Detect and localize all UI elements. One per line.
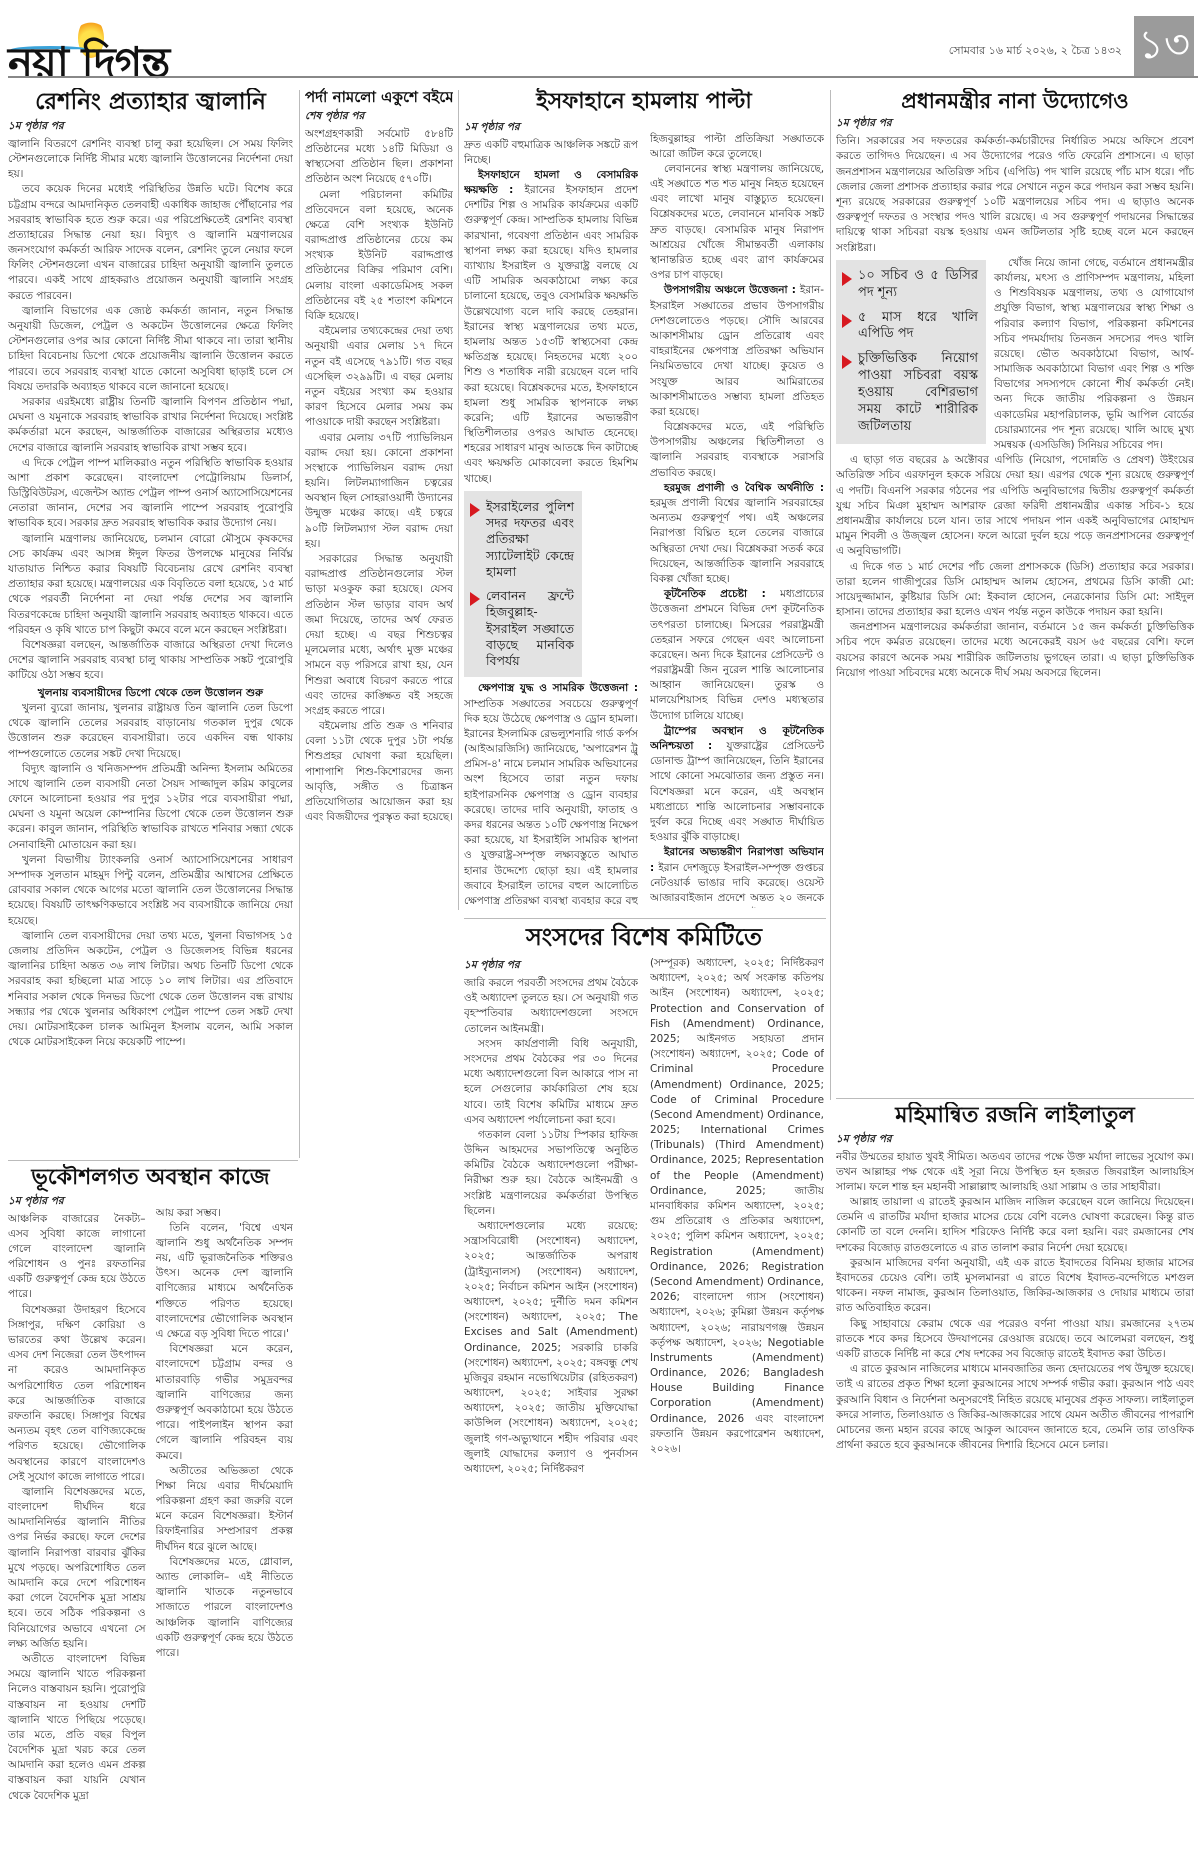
article-body: তিনি। সরকারের সব দফতরের কর্মকর্তা-কর্মচা… <box>836 134 1194 681</box>
page-number: ১৩ <box>1134 16 1194 76</box>
masthead-divider <box>8 76 1198 78</box>
headline[interactable]: সংসদের বিশেষ কমিটিতে <box>464 922 824 952</box>
paragraph: খুলনা ব্যুরো জানায়, খুলনার রাষ্ট্রায়ত্… <box>8 701 293 762</box>
paragraph: জ্বালানি বিভাগের এক জ্যেষ্ঠ কর্মকর্তা জা… <box>8 304 293 395</box>
paragraph: ইরানের অভ্যন্তরীণ নিরাপত্তা অভিযান : ইরা… <box>650 845 824 907</box>
story-lailatul: মহিমান্বিত রজনি লাইলাতুল ১ম পৃষ্ঠার পর ন… <box>836 1102 1194 1862</box>
paragraph: কুরআন মাজিদের বর্ণনা অনুযায়ী, এই এক রাত… <box>836 1256 1194 1317</box>
paragraph: লেবাননের স্বাস্থ্য মন্ত্রণালয় জানিয়েছে… <box>650 162 824 284</box>
headline[interactable]: মহিমান্বিত রজনি লাইলাতুল <box>836 1102 1194 1130</box>
paragraph: কিছু সাহাবায়ে কেরাম থেকে এর পরেরও বর্ণন… <box>836 1317 1194 1363</box>
paragraph: বইমেলায় প্রতি শুক্র ও শনিবার বেলা ১১টা … <box>305 719 453 825</box>
article-body: নবীর উম্মতের হায়াত খুবই সীমিত। অতএব তাদ… <box>836 1150 1194 1454</box>
paragraph: খুলনা বিভাগীয় ট্যাংকলরি ওনার্স অ্যাসোসি… <box>8 853 293 929</box>
story-geostrategic: ভূকৌশলগত অবস্থান কাজে ১ম পৃষ্ঠার পর আঞ্চ… <box>8 1164 293 1864</box>
newspaper-logo[interactable]: নয়া দিগন্ত <box>8 16 208 76</box>
story-parliament: সংসদের বিশেষ কমিটিতে ১ম পৃষ্ঠার পর জারি … <box>464 922 824 1862</box>
article-body: জারি করলে পরবর্তী সংসদের প্রথম বৈঠকে ওই … <box>464 976 638 1477</box>
paragraph: বইমেলার তথ্যকেন্দ্রের দেয়া তথ্য অনুযায়… <box>305 324 453 430</box>
kicker: ১ম পৃষ্ঠার পর <box>8 1194 146 1211</box>
pull-quote-box: ১০ সচিব ও ৫ ডিসির পদ শূন্য ৫ মাস ধরে খাল… <box>836 260 986 444</box>
article-body: হিজবুল্লাহর পাল্টা প্রতিক্রিয়া সঙ্ঘাতকে… <box>650 132 824 908</box>
paragraph: দ্রুত একটি বহুমাত্রিক আঞ্চলিক সঙ্কটে রূপ… <box>464 138 638 168</box>
paragraph: জ্বালানি বিশেষজ্ঞদের মতে, বাংলাদেশ দীর্ঘ… <box>8 1485 146 1652</box>
paragraph: অংশগ্রহণকারী সর্বমোট ৫৮৪টি প্রতিষ্ঠানের … <box>305 127 453 188</box>
pull-quote-item: ৫ মাস ধরে খালি এপিডি পদ <box>842 310 978 344</box>
pull-quote-box: ইসরাইলের পুলিশ সদর দফতর এবং প্রতিরক্ষা স… <box>464 491 582 678</box>
article-body: আয় করা সম্ভব। তিনি বলেন, 'বিশ্বে এখন জ্… <box>156 1206 294 1662</box>
article-body: দ্রুত একটি বহুমাত্রিক আঞ্চলিক সঙ্কটে রূপ… <box>464 138 638 908</box>
headline[interactable]: রেশনিং প্রত্যাহার জ্বালানি <box>8 88 293 117</box>
paragraph: জনপ্রশাসন মন্ত্রণালয়ের কর্মকর্তারা জানা… <box>836 620 1194 681</box>
paragraph: বিশেষজ্ঞরা মনে করেন, বাংলাদেশে চট্টগ্রাম… <box>156 1342 294 1464</box>
article-body: (সম্পূরক) অধ্যাদেশ, ২০২৫; নির্দিষ্টকরণ অ… <box>650 956 824 1457</box>
headline[interactable]: ভূকৌশলগত অবস্থান কাজে <box>8 1164 293 1192</box>
kicker: ১ম পৃষ্ঠার পর <box>836 116 1194 133</box>
column-divider <box>458 90 459 910</box>
kicker: শেষ পৃষ্ঠার পর <box>305 109 453 126</box>
article-body: আঞ্চলিক বাজারের নৈকট্য– এসব সুবিধা কাজে … <box>8 1212 146 1804</box>
paragraph: (সম্পূরক) অধ্যাদেশ, ২০২৫; নির্দিষ্টকরণ অ… <box>650 956 824 1457</box>
section-divider <box>464 918 826 919</box>
paragraph: জ্বালানি তেল ব্যবসায়ীদের দেয়া তথ্য মতে… <box>8 929 293 1051</box>
paragraph: ইসফাহানে হামলা ও বেসামরিক ক্ষয়ক্ষতি : ই… <box>464 168 638 487</box>
paragraph: তিনি বলেন, 'বিশ্বে এখন জ্বালানি শুধু অর্… <box>156 1221 294 1343</box>
paragraph: সরকার এরইমধ্যে রাষ্ট্রীয় তিনটি জ্বালানি… <box>8 395 293 456</box>
story-bookfair: পর্দা নামলো একুশে বইমেলার শেষ পৃষ্ঠার পর… <box>305 88 453 1858</box>
pull-quote-item: ১০ সচিব ও ৫ ডিসির পদ শূন্য <box>842 268 978 302</box>
section-divider <box>8 1160 298 1161</box>
dateline: সোমবার ১৬ মার্চ ২০২৬, ২ চৈত্র ১৪৩২ <box>949 42 1122 61</box>
story-pm-initiatives: প্রধানমন্ত্রীর নানা উদ্যোগেও ১ম পৃষ্ঠার … <box>836 88 1194 1093</box>
paragraph: বিশেষজ্ঞরা উদাহরণ হিসেবে সিঙ্গাপুর, দক্ষ… <box>8 1303 146 1485</box>
column-divider <box>830 90 831 1100</box>
paragraph: অতীতে বাংলাদেশ বিভিন্ন সময়ে জ্বালানি খা… <box>8 1652 146 1804</box>
paragraph: তবে কয়েক দিনের মধ্যেই পরিস্থিতির উন্নতি… <box>8 182 293 304</box>
red-triangle-bullet-icon <box>842 272 852 286</box>
red-triangle-bullet-icon <box>470 592 480 606</box>
paragraph: অধ্যাদেশগুলোর মধ্যে রয়েছে: সন্ত্রাসবিরো… <box>464 1219 638 1477</box>
paragraph: আল্লাহ তায়ালা এ রাতেই কুরআন মাজিদ নাজিল… <box>836 1195 1194 1256</box>
paragraph: এ দিকে পেট্রল পাম্প মালিকরাও নতুন পরিস্থ… <box>8 456 293 532</box>
article-body: জ্বালানি বিতরণে রেশনিং ব্যবস্থা চালু করা… <box>8 137 293 1051</box>
paragraph: মেলা পরিচালনা কমিটির প্রতিবেদনে বলা হয়ে… <box>305 188 453 325</box>
paragraph: বিশেষজ্ঞরা বলছেন, আন্তর্জাতিক বাজারে অস্… <box>8 638 293 684</box>
red-triangle-bullet-icon <box>470 503 480 517</box>
paragraph: আয় করা সম্ভব। <box>156 1206 294 1221</box>
red-triangle-bullet-icon <box>842 314 852 328</box>
paragraph: তিনি। সরকারের সব দফতরের কর্মকর্তা-কর্মচা… <box>836 134 1194 256</box>
paragraph: বিদ্যুৎ জ্বালানি ও খনিজসম্পদ প্রতিমন্ত্র… <box>8 762 293 853</box>
paragraph: এ ছাড়া গত বছরের ৯ অক্টোবর এপিডি (নিয়োগ… <box>836 453 1194 559</box>
article-body: অংশগ্রহণকারী সর্বমোট ৫৮৪টি প্রতিষ্ঠানের … <box>305 127 453 826</box>
paragraph: আঞ্চলিক বাজারের নৈকট্য– এসব সুবিধা কাজে … <box>8 1212 146 1303</box>
paragraph: ট্রাম্পের অবস্থান ও কূটনৈতিক অনিশ্চয়তা … <box>650 724 824 846</box>
paragraph: সংসদ কার্যপ্রণালী বিধি অনুযায়ী, সংসদের … <box>464 1037 638 1128</box>
paragraph: হিজবুল্লাহর পাল্টা প্রতিক্রিয়া সঙ্ঘাতকে… <box>650 132 824 162</box>
pull-quote-item: চুক্তিভিত্তিক নিয়োগ পাওয়া সচিবরা বয়স্… <box>842 351 978 435</box>
paragraph: এ দিকে গত ১ মার্চ দেশের পাঁচ জেলা প্রশাস… <box>836 560 1194 621</box>
story-rationing: রেশনিং প্রত্যাহার জ্বালানি ১ম পৃষ্ঠার পর… <box>8 88 293 1156</box>
kicker: ১ম পৃষ্ঠার পর <box>464 120 638 137</box>
paragraph: এ রাতে কুরআন নাজিলের মাধ্যমে মানবজাতির জ… <box>836 1362 1194 1453</box>
paragraph: বিশেষজ্ঞদের মতে, গ্লোবাল, অ্যান্ড লোকালি… <box>156 1555 294 1661</box>
kicker: ১ম পৃষ্ঠার পর <box>8 119 293 136</box>
subheading: খুলনায় ব্যবসায়ীদের ডিপো থেকে তেল উত্তো… <box>8 686 293 701</box>
paragraph: গতকাল বেলা ১১টায় স্পিকার হাফিজ উদ্দিন আ… <box>464 1128 638 1219</box>
paragraph: জ্বালানি মন্ত্রণালয় জানিয়েছে, চলমান বো… <box>8 532 293 638</box>
headline[interactable]: ইসফাহানে হামলায় পাল্টা <box>464 88 824 116</box>
kicker: ১ম পৃষ্ঠার পর <box>836 1132 1194 1149</box>
paragraph: হরমুজ প্রণালী ও বৈশ্বিক অর্থনীতি : হরমুজ… <box>650 481 824 587</box>
kicker: ১ম পৃষ্ঠার পর <box>464 958 638 975</box>
story-isfahan: ইসফাহানে হামলায় পাল্টা ১ম পৃষ্ঠার পর দ্… <box>464 88 824 918</box>
paragraph: এবার মেলায় ৩৭টি প্যাভিলিয়ন বরাদ্দ দেয়… <box>305 431 453 553</box>
paragraph: অতীতের অভিজ্ঞতা থেকে শিক্ষা নিয়ে এবার দ… <box>156 1464 294 1555</box>
headline[interactable]: প্রধানমন্ত্রীর নানা উদ্যোগেও <box>836 88 1194 114</box>
paragraph: উপসাগরীয় অঞ্চলে উত্তেজনা : ইরান-ইসরাইল … <box>650 283 824 420</box>
section-divider <box>836 1098 1194 1099</box>
paragraph: বিশ্লেষকদের মতে, এই পরিস্থিতি উপসাগরীয় … <box>650 420 824 481</box>
headline[interactable]: পর্দা নামলো একুশে বইমেলার <box>305 88 453 107</box>
paragraph: জ্বালানি বিতরণে রেশনিং ব্যবস্থা চালু করা… <box>8 137 293 183</box>
paragraph: কূটনৈতিক প্রচেষ্টা : মধ্যপ্রাচ্যের উত্তে… <box>650 587 824 724</box>
column-divider <box>299 90 300 1158</box>
red-triangle-bullet-icon <box>842 355 852 369</box>
paragraph: সরকারের সিদ্ধান্ত অনুযায়ী বরাদ্দপ্রাপ্ত… <box>305 552 453 719</box>
paragraph: জারি করলে পরবর্তী সংসদের প্রথম বৈঠকে ওই … <box>464 976 638 1037</box>
pull-quote-item: ইসরাইলের পুলিশ সদর দফতর এবং প্রতিরক্ষা স… <box>470 499 574 580</box>
paragraph: নবীর উম্মতের হায়াত খুবই সীমিত। অতএব তাদ… <box>836 1150 1194 1196</box>
masthead: নয়া দিগন্ত সোমবার ১৬ মার্চ ২০২৬, ২ চৈত্… <box>0 0 1200 80</box>
pull-quote-item: লেবানন ফ্রন্টে হিজবুল্লাহ-ইসরাইল সঙ্ঘাতে… <box>470 588 574 669</box>
